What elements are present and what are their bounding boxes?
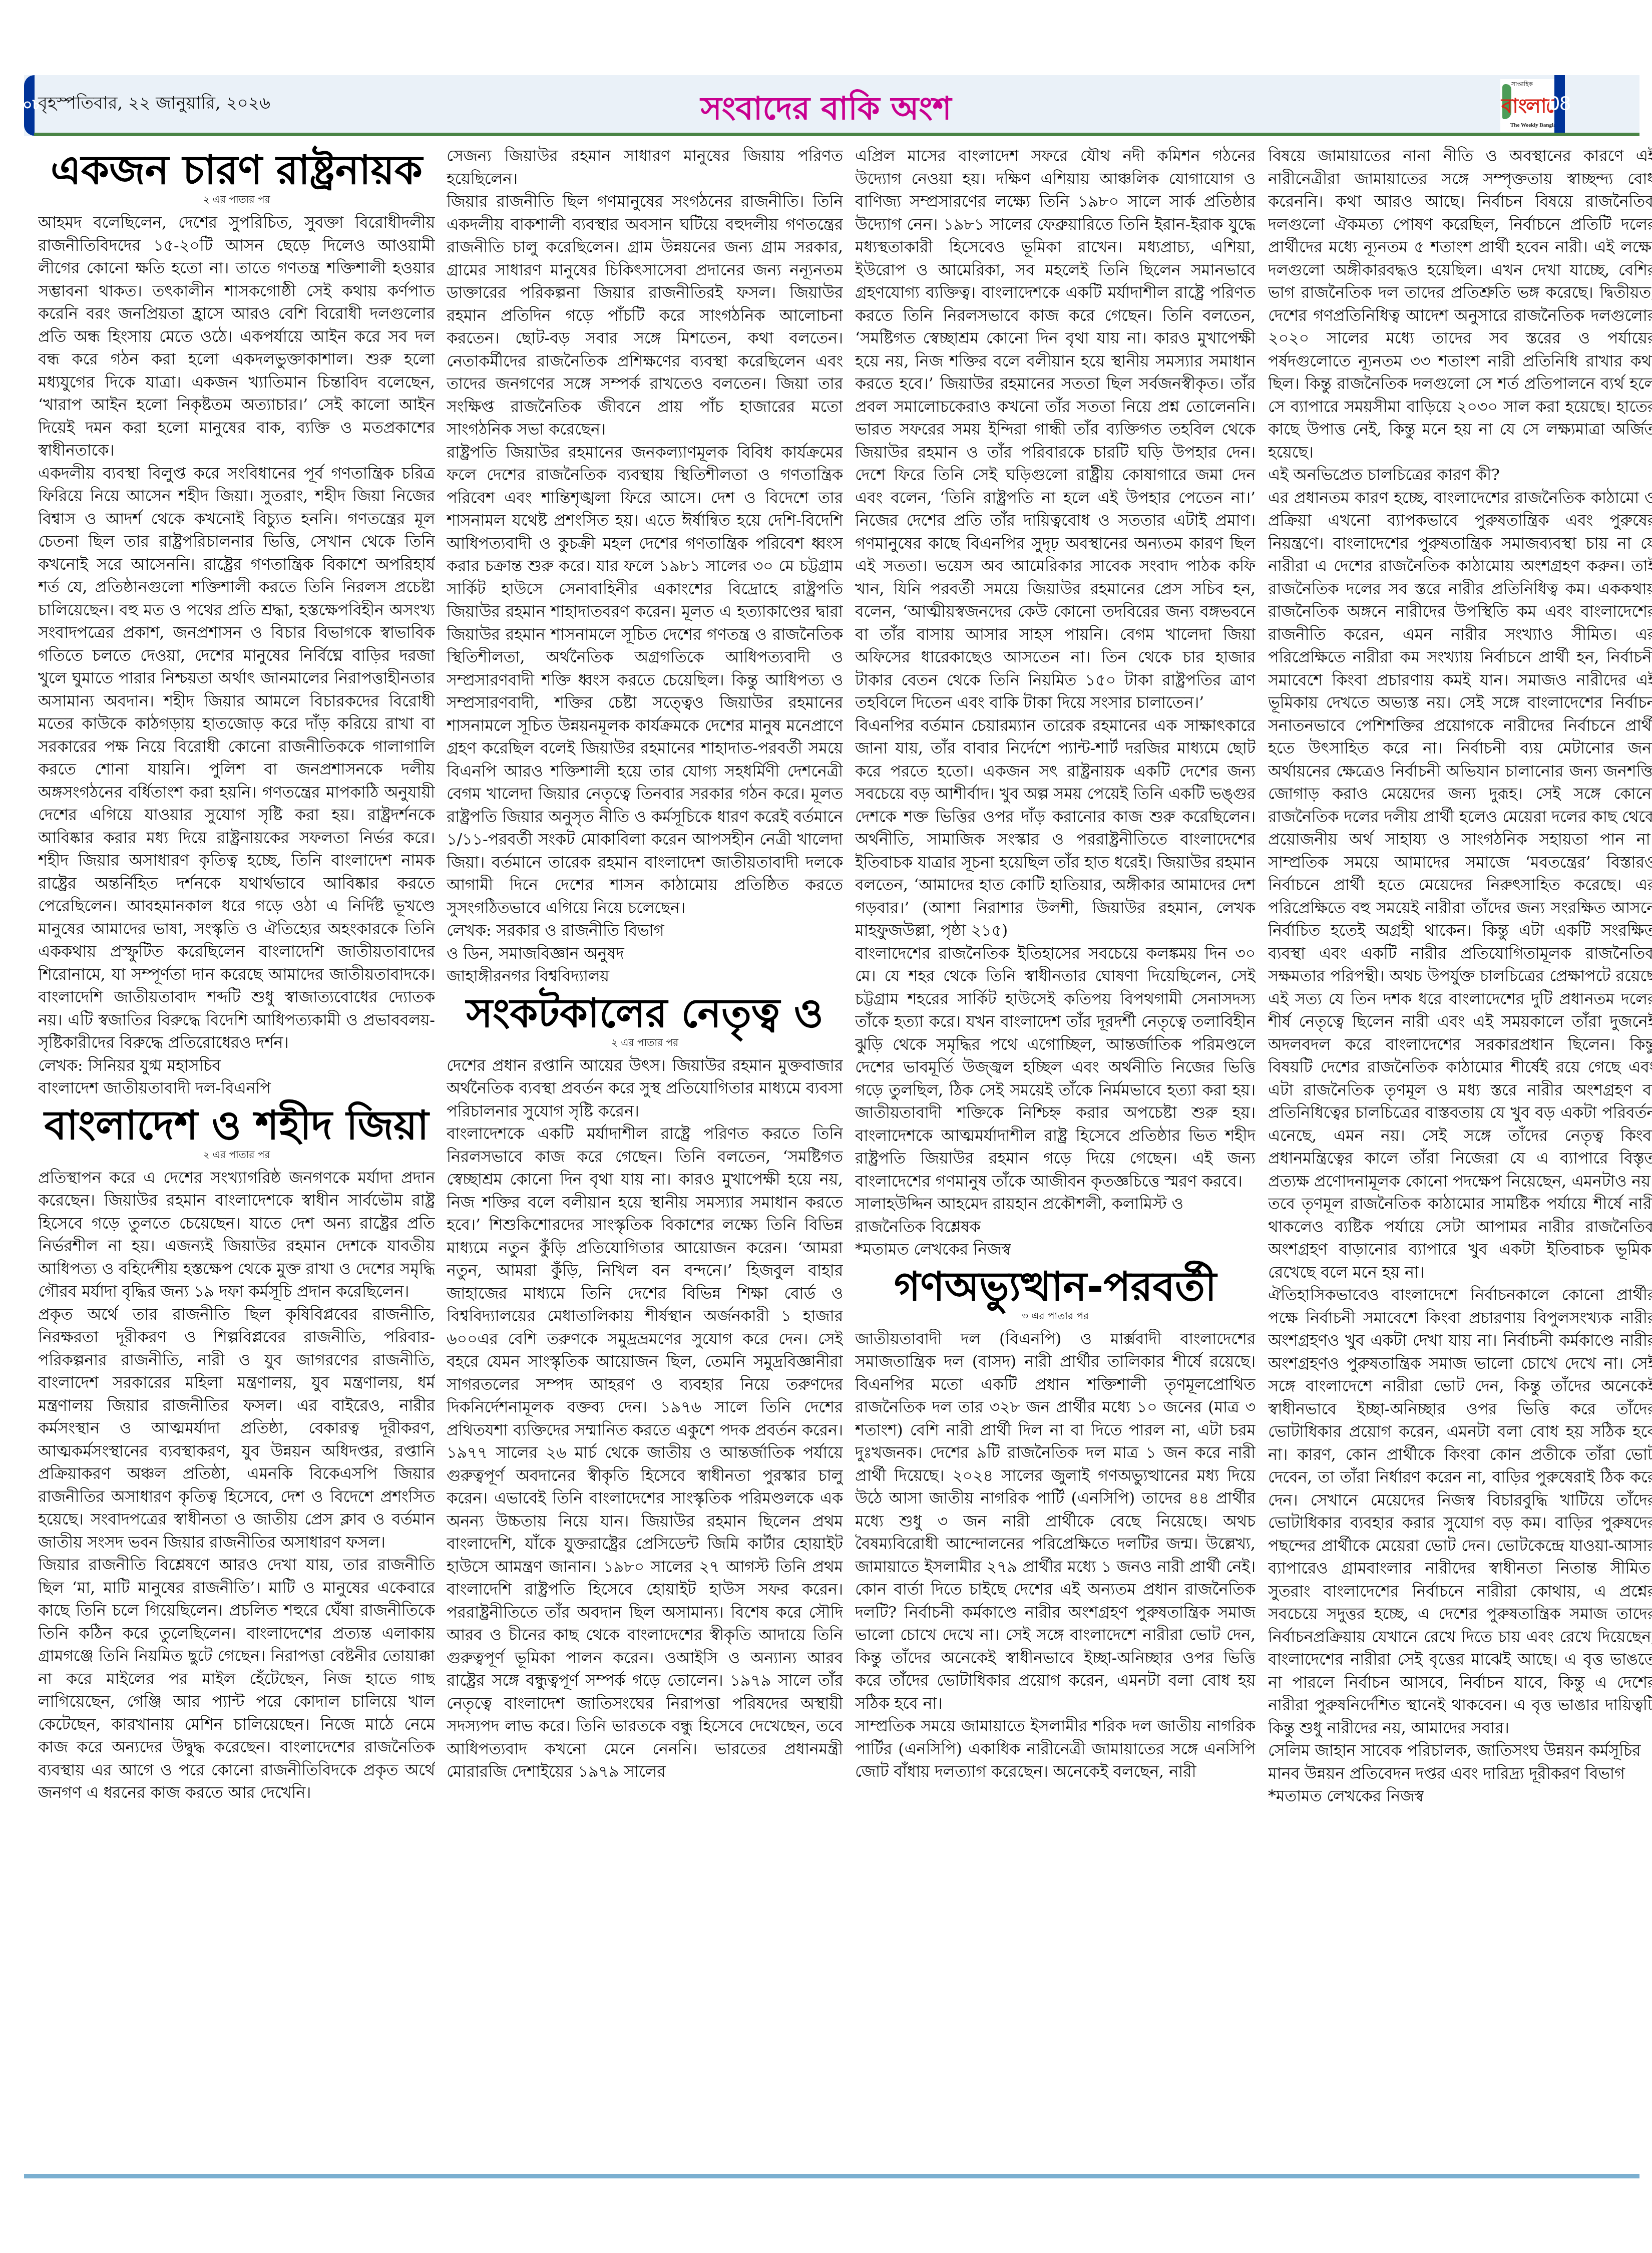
paragraph: বাংলাদেশকে একটি মর্যাদাশীল রাষ্ট্রে পরিণ… xyxy=(447,1123,843,1784)
paragraph: এর প্রধানতম কারণ হচ্ছে, বাংলাদেশের রাজনৈ… xyxy=(1268,487,1652,1285)
article-continuation: সেজন্য জিয়াউর রহমান সাধারণ মানুষের জিয়… xyxy=(447,145,843,988)
byline: বাংলাদেশ জাতীয়তাবাদী দল-বিএনপি xyxy=(38,1077,435,1100)
logo-kicker: সাপ্তাহিক xyxy=(1511,80,1533,90)
column-4: বিষয়ে জামায়াতের নানা নীতি ও অবস্থানের … xyxy=(1268,145,1652,2108)
paragraph: আহমদ বলেছিলেন, দেশের সুপরিচিত, সুবক্তা ব… xyxy=(38,212,435,463)
headline: বাংলাদেশ ও শহীদ জিয়া xyxy=(38,1104,435,1147)
article-sankatkaler-netritto: সংকটকালের নেতৃত্ব ও ২ এর পাতার পর দেশের … xyxy=(447,992,843,1784)
logo-wordmark: বাংলাদেশ xyxy=(1501,90,1554,124)
continued-from-label: ৩ এর পাতার পর xyxy=(855,1309,1256,1325)
headline: গণঅভ্যুত্থান-পরবর্তী xyxy=(855,1266,1256,1308)
paragraph: জিয়ার রাজনীতি ছিল গণমানুষের সংগঠনের রাজ… xyxy=(447,191,843,442)
article-bangladesh-shaheed-zia: বাংলাদেশ ও শহীদ জিয়া ২ এর পাতার পর প্রত… xyxy=(38,1104,435,1805)
byline: জাহাঙ্গীরনগর বিশ্ববিদ্যালয় xyxy=(447,965,843,988)
disclaimer: *মতামত লেখকের নিজস্ব xyxy=(1268,1785,1652,1808)
byline: ও ডিন, সমাজবিজ্ঞান অনুষদ xyxy=(447,943,843,966)
footer-rule xyxy=(24,2174,1639,2178)
continued-from-label: ২ এর পাতার পর xyxy=(38,1148,435,1164)
byline: লেখক: সিনিয়র যুগ্ম মহাসচিব xyxy=(38,1055,435,1078)
paragraph: বিএনপির বর্তমান চেয়ারম্যান তারেক রহমানে… xyxy=(855,715,1256,943)
page-number-english: 08 xyxy=(1548,93,1571,115)
paragraph: রাষ্ট্রপতি জিয়াউর রহমানের জনকল্যাণমূলক … xyxy=(447,442,843,920)
article-continuation: এপ্রিল মাসের বাংলাদেশ সফরে যৌথ নদী কমিশন… xyxy=(855,145,1256,1262)
paragraph: দেশের প্রধান রপ্তানি আয়ের উৎস। জিয়াউর … xyxy=(447,1055,843,1123)
paragraph: জাতীয়তাবাদী দল (বিএনপি) ও মার্ক্সবাদী ব… xyxy=(855,1328,1256,1716)
paragraph: প্রকৃত অর্থে তার রাজনীতি ছিল কৃষিবিপ্লবে… xyxy=(38,1304,435,1555)
paragraph: এপ্রিল মাসের বাংলাদেশ সফরে যৌথ নদী কমিশন… xyxy=(855,145,1256,715)
continued-from-label: ২ এর পাতার পর xyxy=(38,192,435,209)
header-rule xyxy=(34,133,1639,136)
headline: একজন চারণ রাষ্ট্রনায়ক xyxy=(38,149,435,191)
paragraph: সেজন্য জিয়াউর রহমান সাধারণ মানুষের জিয়… xyxy=(447,145,843,191)
column-2: সেজন্য জিয়াউর রহমান সাধারণ মানুষের জিয়… xyxy=(447,145,843,2108)
logo-subtitle: The Weekly Bangladesh xyxy=(1510,122,1554,128)
disclaimer: *মতামত লেখকের নিজস্ব xyxy=(855,1239,1256,1262)
page-number-tab-right: 08 xyxy=(1554,75,1565,133)
headline: সংকটকালের নেতৃত্ব ও xyxy=(447,992,843,1034)
column-1: একজন চারণ রাষ্ট্রনায়ক ২ এর পাতার পর আহম… xyxy=(38,145,435,2108)
issue-date: বৃহস্পতিবার, ২২ জানুয়ারি, ২০২৬ xyxy=(38,90,270,119)
paragraph: ঐতিহাসিকভাবেও বাংলাদেশে নির্বাচনকালে কোন… xyxy=(1268,1284,1652,1740)
continued-from-label: ২ এর পাতার পর xyxy=(447,1035,843,1052)
subheading-question: এই অনভিপ্রেত চালচিত্রের কারণ কী? xyxy=(1268,464,1652,487)
column-3: এপ্রিল মাসের বাংলাদেশ সফরে যৌথ নদী কমিশন… xyxy=(855,145,1256,2108)
byline: লেখক: সরকার ও রাজনীতি বিভাগ xyxy=(447,920,843,943)
paragraph: জিয়ার রাজনীতি বিশ্লেষণে আরও দেখা যায়, … xyxy=(38,1554,435,1805)
article-charan-rashtranayak: একজন চারণ রাষ্ট্রনায়ক ২ এর পাতার পর আহম… xyxy=(38,149,435,1100)
paragraph: একদলীয় ব্যবস্থা বিলুপ্ত করে সংবিধানের প… xyxy=(38,463,435,1055)
paragraph: প্রতিস্থাপন করে এ দেশের সংখ্যাগরিষ্ঠ জনগ… xyxy=(38,1167,435,1304)
paragraph: বাংলাদেশের রাজনৈতিক ইতিহাসের সবচেয়ে কলঙ… xyxy=(855,943,1256,1194)
page-number-tab-left: ০৮ xyxy=(24,75,35,136)
article-continuation: বিষয়ে জামায়াতের নানা নীতি ও অবস্থানের … xyxy=(1268,145,1652,1808)
section-title: সংবাদের বাকি অংশ xyxy=(501,84,1151,138)
byline: সেলিম জাহান সাবেক পরিচালক, জাতিসংঘ উন্নয… xyxy=(1268,1740,1652,1785)
newspaper-logo: সাপ্তাহিক বাংলাদেশ The Weekly Bangladesh xyxy=(1500,79,1554,132)
paragraph: বিষয়ে জামায়াতের নানা নীতি ও অবস্থানের … xyxy=(1268,145,1652,464)
paragraph: সাম্প্রতিক সময়ে জামায়াতে ইসলামীর শরিক … xyxy=(855,1715,1256,1784)
byline: সালাহউদ্দিন আহমেদ রায়হান প্রকৌশলী, কলাম… xyxy=(855,1193,1256,1239)
article-ganaabhyutthan-parabarti: গণঅভ্যুত্থান-পরবর্তী ৩ এর পাতার পর জাতীয… xyxy=(855,1266,1256,1784)
